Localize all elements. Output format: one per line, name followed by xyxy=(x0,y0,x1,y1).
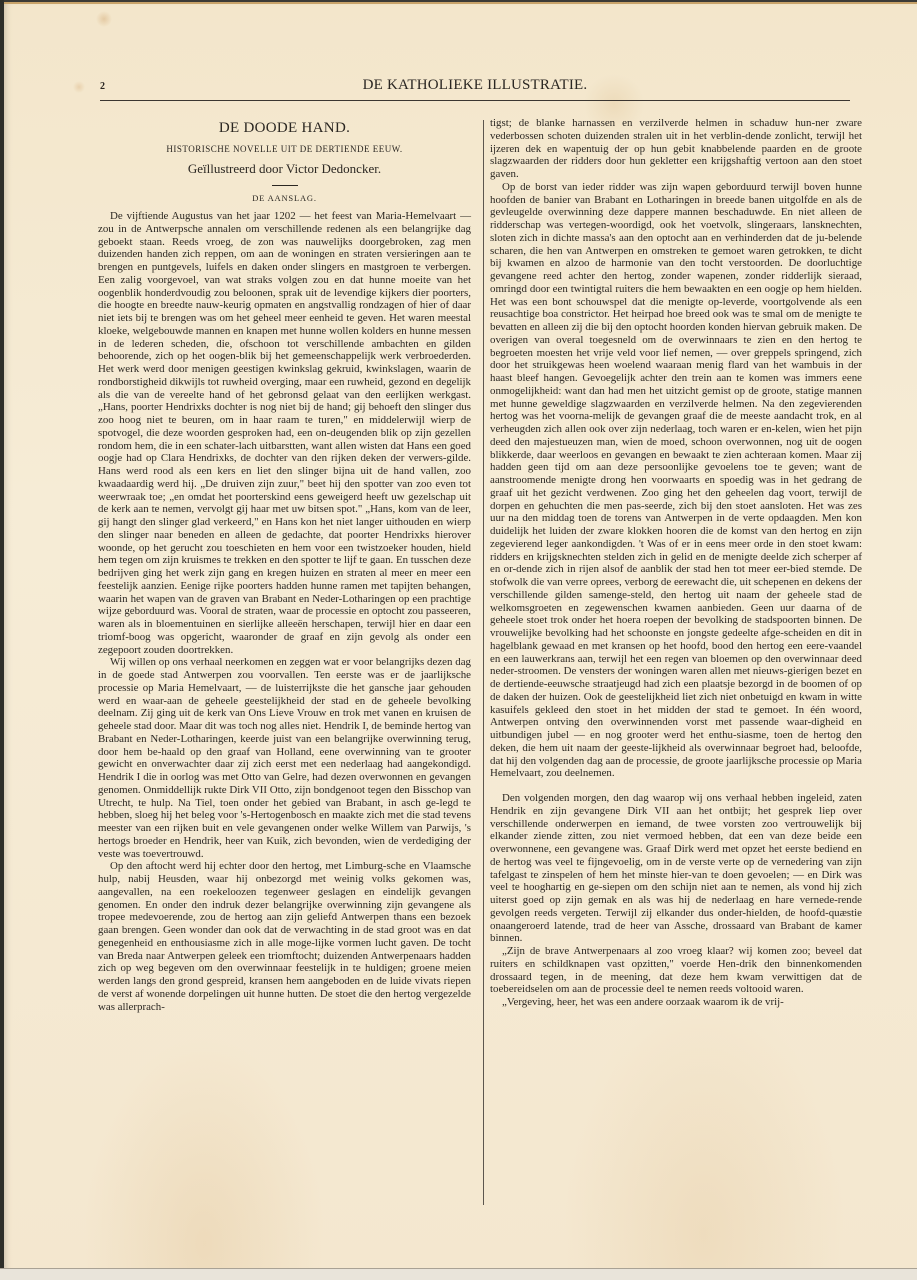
column-divider xyxy=(483,120,484,1205)
paragraph: Den volgenden morgen, den dag waarop wij… xyxy=(490,792,862,945)
running-head: 2 DE KATHOLIEKE ILLUSTRATIE. xyxy=(100,77,850,95)
journal-title: DE KATHOLIEKE ILLUSTRATIE. xyxy=(100,77,850,94)
header-rule xyxy=(100,100,850,101)
chapter-heading: DE AANSLAG. xyxy=(98,193,471,204)
illustrator-credit: Geïllustreerd door Victor Dedoncker. xyxy=(98,161,471,176)
paragraph: tigst; de blanke harnassen en verzilverd… xyxy=(490,117,862,181)
paragraph: Op den aftocht werd hij echter door den … xyxy=(98,860,471,1013)
scan-bottom-margin xyxy=(0,1268,917,1280)
paragraph: „Vergeving, heer, het was een andere oor… xyxy=(490,996,862,1009)
article-title: DE DOODE HAND. xyxy=(98,119,471,137)
left-column: DE DOODE HAND. HISTORISCHE NOVELLE UIT D… xyxy=(98,117,471,1013)
paragraph: De vijftiende Augustus van het jaar 1202… xyxy=(98,210,471,656)
right-column: tigst; de blanke harnassen en verzilverd… xyxy=(490,117,862,1009)
paragraph: Wij willen op ons verhaal neerkomen en z… xyxy=(98,656,471,860)
paragraph: „Zijn de brave Antwerpenaars al zoo vroe… xyxy=(490,945,862,996)
title-divider xyxy=(272,185,298,186)
article-subtitle: HISTORISCHE NOVELLE UIT DE DERTIENDE EEU… xyxy=(98,143,471,155)
paragraph: Op de borst van ieder ridder was zijn wa… xyxy=(490,181,862,780)
